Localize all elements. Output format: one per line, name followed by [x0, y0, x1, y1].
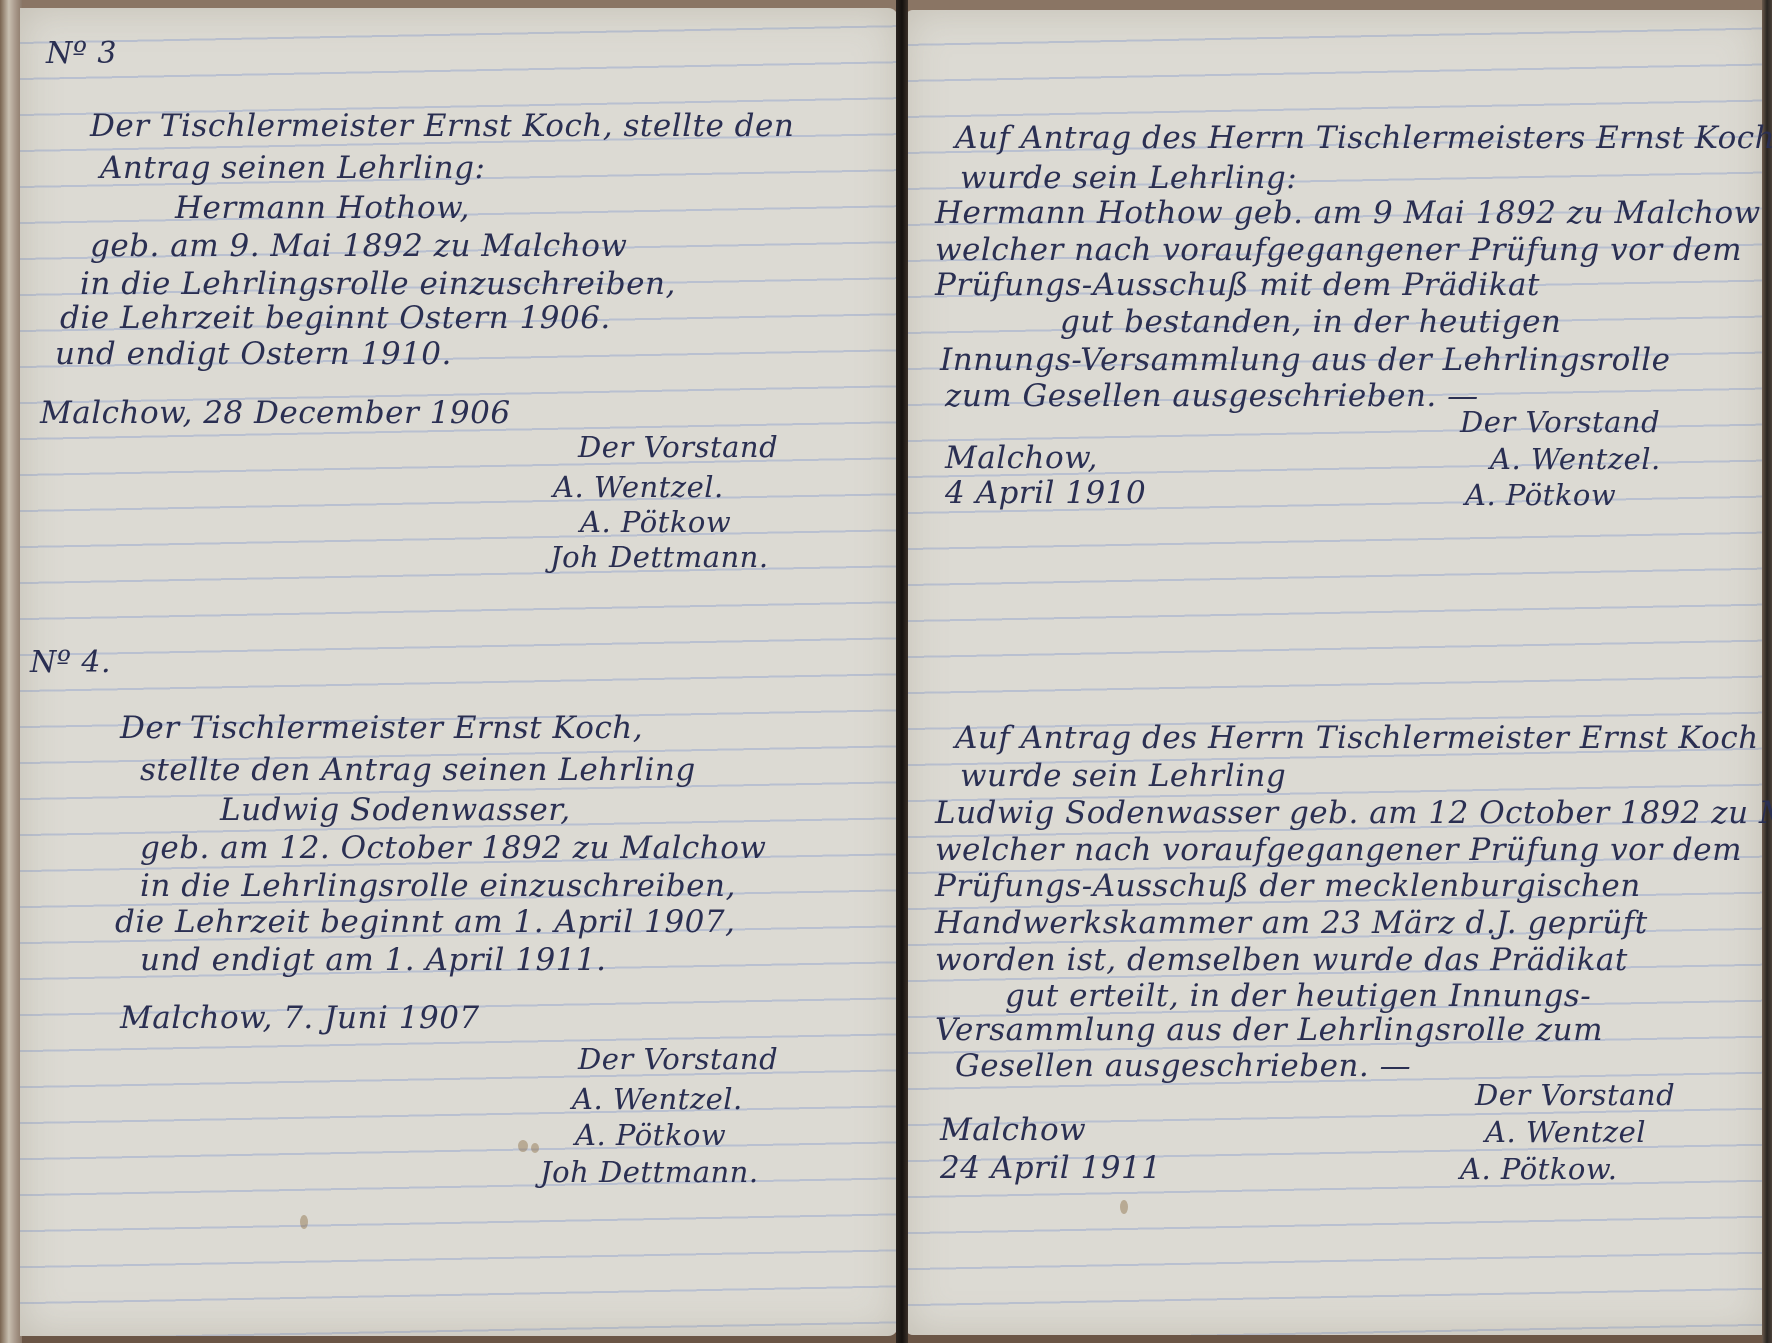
entry-line: Auf Antrag des Herrn Tischlermeisters Er…	[955, 120, 1772, 156]
entry-line: in die Lehrlingsrolle einzuschreiben,	[140, 868, 736, 904]
ink-stain	[1120, 1200, 1128, 1214]
entry-line: worden ist, demselben wurde das Prädikat	[935, 942, 1628, 978]
entry-line: zum Gesellen ausgeschrieben. —	[945, 378, 1479, 414]
signature-board: Der Vorstand	[578, 430, 778, 464]
signature: A. Pötkow	[575, 1118, 726, 1152]
entry-line: Der Tischlermeister Ernst Koch,	[120, 710, 643, 746]
signature: A. Wentzel	[1485, 1115, 1646, 1149]
ink-stain	[531, 1143, 539, 1153]
entry-number: Nº 3	[46, 36, 117, 71]
entry-line: wurde sein Lehrling:	[960, 160, 1297, 196]
book-edge	[1762, 0, 1772, 1343]
entry-line: die Lehrzeit beginnt Ostern 1906.	[60, 300, 611, 336]
signature: A. Wentzel.	[572, 1082, 743, 1116]
entry-line: stellte den Antrag seinen Lehrling	[140, 752, 696, 788]
entry-line: welcher nach voraufgegangener Prüfung vo…	[935, 232, 1742, 268]
entry-line: und endigt Ostern 1910.	[55, 336, 452, 372]
entry-line: die Lehrzeit beginnt am 1. April 1907,	[115, 904, 735, 940]
entry-line: wurde sein Lehrling	[960, 758, 1286, 794]
entry-line: Antrag seinen Lehrling:	[100, 150, 485, 186]
book-binding	[0, 0, 22, 1343]
ink-stain	[518, 1140, 528, 1152]
signature-board: Der Vorstand	[1475, 1078, 1675, 1112]
entry-line: Prüfungs-Ausschuß der mecklenburgischen	[935, 868, 1641, 904]
place-date: Malchow, 7. Juni 1907	[120, 1000, 480, 1036]
entry-line: Auf Antrag des Herrn Tischlermeister Ern…	[955, 720, 1759, 756]
entry-line: Hermann Hothow geb. am 9 Mai 1892 zu Mal…	[935, 195, 1761, 231]
date: 4 April 1910	[945, 475, 1146, 511]
date: 24 April 1911	[940, 1150, 1161, 1186]
entry-line: geb. am 9. Mai 1892 zu Malchow	[90, 228, 627, 264]
entry-line: und endigt am 1. April 1911.	[140, 942, 607, 978]
entry-line: Handwerkskammer am 23 März d.J. geprüft	[935, 905, 1648, 941]
entry-line: Innungs-Versammlung aus der Lehrlingsrol…	[940, 342, 1671, 378]
entry-line: Gesellen ausgeschrieben. —	[955, 1048, 1411, 1084]
entry-line: Der Tischlermeister Ernst Koch, stellte …	[90, 108, 794, 144]
signature-board: Der Vorstand	[1460, 405, 1660, 439]
entry-line: Versammlung aus der Lehrlingsrolle zum	[935, 1012, 1603, 1048]
entry-line: gut bestanden, in der heutigen	[1060, 304, 1561, 340]
place: Malchow,	[945, 440, 1098, 476]
entry-line: gut erteilt, in der heutigen Innungs-	[1005, 978, 1591, 1014]
entry-number: Nº 4.	[30, 645, 111, 680]
signature: A. Pötkow.	[1460, 1152, 1617, 1186]
entry-line: Ludwig Sodenwasser geb. am 12 October 18…	[935, 795, 1772, 831]
signature-board: Der Vorstand	[578, 1042, 778, 1076]
entry-line: welcher nach voraufgegangener Prüfung vo…	[935, 832, 1742, 868]
entry-line: geb. am 12. October 1892 zu Malchow	[140, 830, 766, 866]
ink-stain	[300, 1215, 308, 1229]
signature: A. Wentzel.	[553, 470, 724, 504]
signature: A. Wentzel.	[1490, 442, 1661, 476]
entry-line: in die Lehrlingsrolle einzuschreiben,	[80, 266, 676, 302]
signature: Joh Dettmann.	[540, 1155, 759, 1189]
signature: A. Pötkow	[1465, 478, 1616, 512]
entry-line: Prüfungs-Ausschuß mit dem Prädikat	[935, 267, 1540, 303]
place: Malchow	[940, 1112, 1086, 1148]
page-gutter	[896, 0, 908, 1343]
signature: Joh Dettmann.	[550, 540, 769, 574]
apprentice-name: Ludwig Sodenwasser,	[220, 792, 571, 828]
signature: A. Pötkow	[580, 505, 731, 539]
apprentice-name: Hermann Hothow,	[175, 190, 470, 226]
ledger-book: Nº 3 Der Tischlermeister Ernst Koch, ste…	[0, 0, 1772, 1343]
place-date: Malchow, 28 December 1906	[40, 395, 511, 431]
